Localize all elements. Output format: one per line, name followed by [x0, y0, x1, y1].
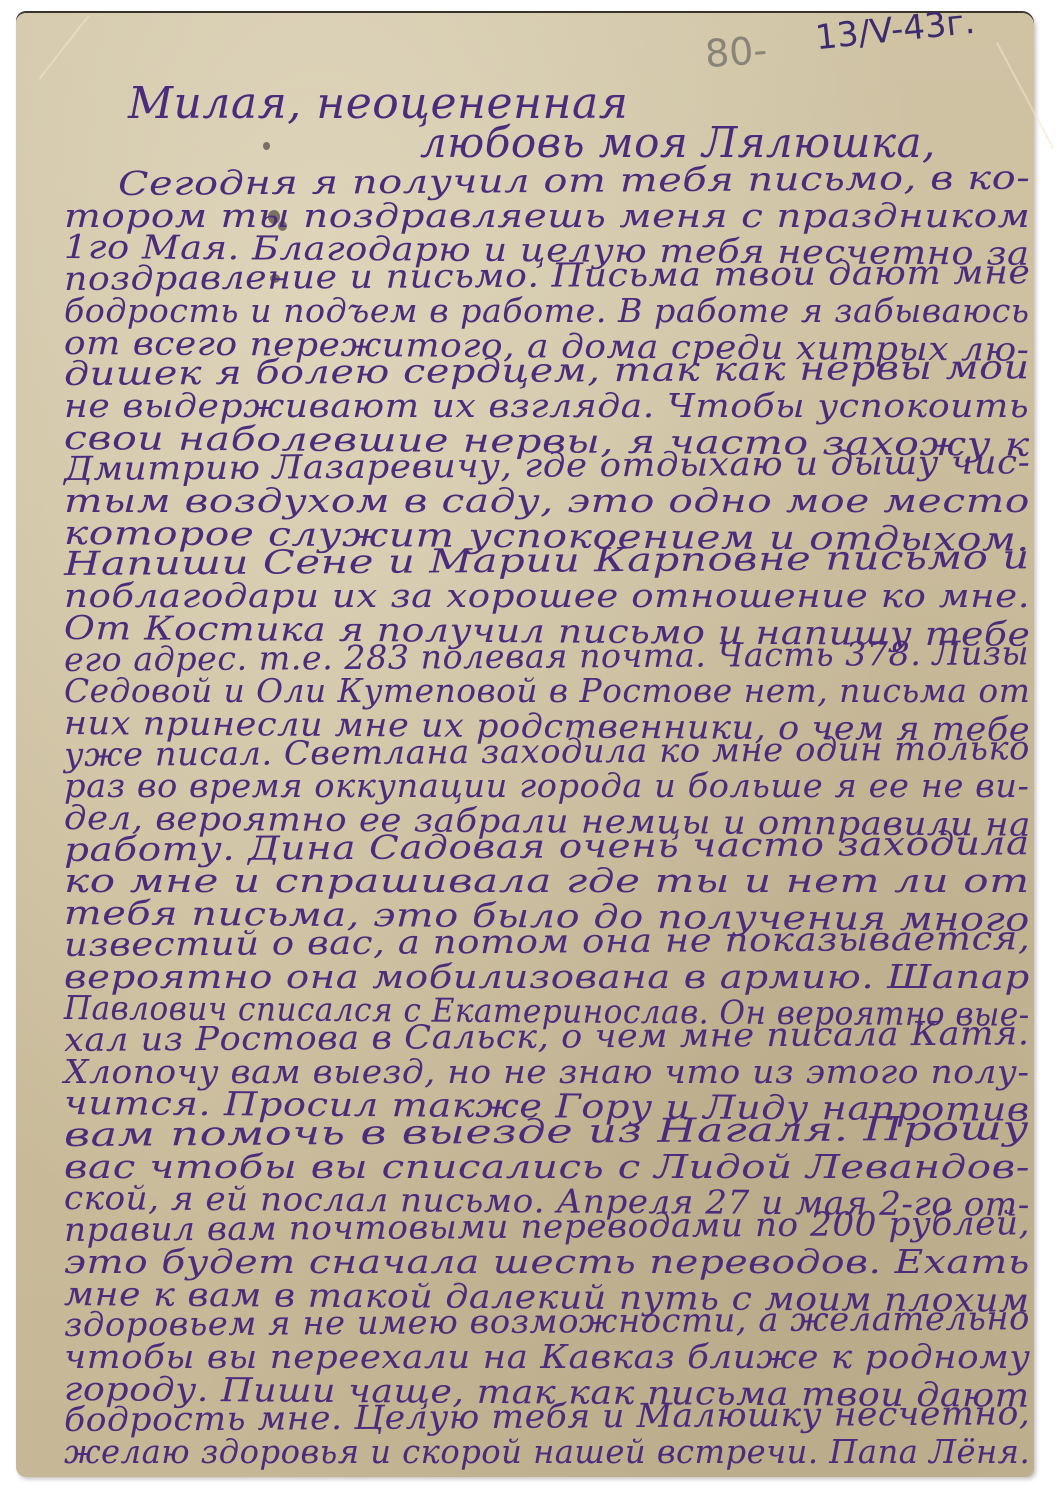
body-line: желаю здоровья и скорой нашей встречи. П…: [64, 1432, 1030, 1471]
pencil-number: 80-: [704, 28, 769, 76]
paper-crease: [39, 15, 90, 79]
paper-crease: [996, 42, 1054, 149]
ink-blot: [263, 142, 270, 150]
